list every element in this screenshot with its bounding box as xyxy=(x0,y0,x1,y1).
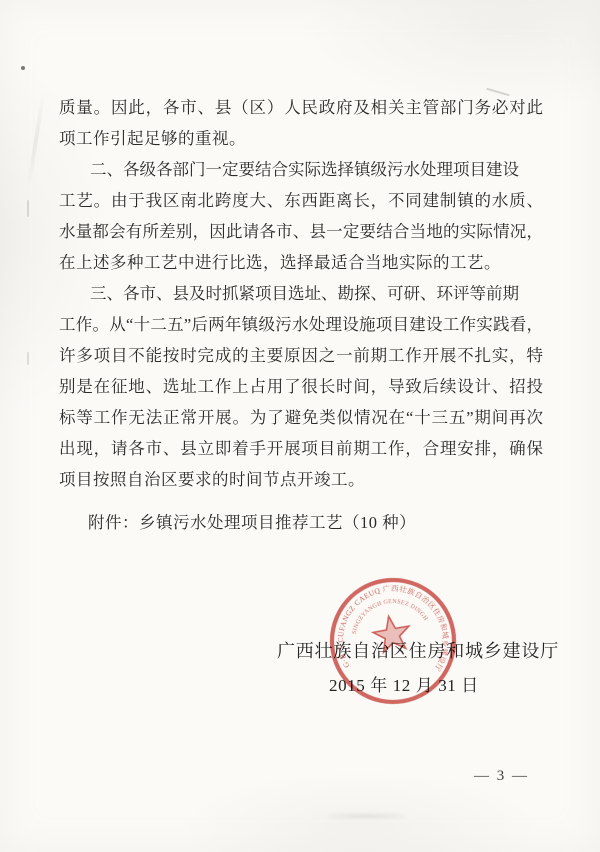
official-red-seal: G·B·S·CUFANGZ CAEUQ 广西壮族自治区住房和城乡建设厅 SING… xyxy=(312,560,474,722)
scanned-document-page: 质量。因此，各市、县（区）人民政府及相关主管部门务必对此项工作引起足够的重视。二… xyxy=(0,0,600,852)
scan-smudge xyxy=(328,813,404,819)
body-text-line: 水量都会有所差别，因此请各市、县一定要结合当地的实际情况， xyxy=(59,216,543,247)
body-text-line: 许多项目不能按时完成的主要原因之一前期工作开展不扎实，特 xyxy=(59,340,543,371)
seal-star-icon xyxy=(371,613,413,653)
scan-edge-mark xyxy=(27,352,29,365)
body-text-line: 出现，请各市、县立即着手开展项目前期工作，合理安排，确保 xyxy=(59,433,543,464)
body-text-line: 三、各市、县及时抓紧项目选址、勘探、可研、环评等前期 xyxy=(59,278,512,309)
body-text-line: 别是在征地、选址工作上占用了很长时间，导致后续设计、招投 xyxy=(59,371,543,402)
attachment-line: 附件：乡镇污水处理项目推荐工艺（10 种） xyxy=(88,507,416,538)
body-text-line: 工艺。由于我区南北跨度大、东西距离长，不同建制镇的水质、 xyxy=(59,185,543,216)
page-number: — 3 — xyxy=(474,768,529,785)
scan-speck xyxy=(21,66,25,70)
body-text-line: 二、各级各部门一定要结合实际选择镇级污水处理项目建设 xyxy=(59,154,512,185)
document-body-text: 质量。因此，各市、县（区）人民政府及相关主管部门务必对此项工作引起足够的重视。二… xyxy=(59,92,543,495)
body-text-line: 标等工作无法正常开展。为了避免类似情况在“十三五”期间再次 xyxy=(59,402,543,433)
scan-streak xyxy=(27,92,46,187)
body-text-line: 工作。从“十二五”后两年镇级污水处理设施项目建设工作实践看， xyxy=(59,309,543,340)
scan-edge-mark xyxy=(27,200,29,217)
body-text-line: 质量。因此，各市、县（区）人民政府及相关主管部门务必对此 xyxy=(59,92,543,123)
body-text-line: 项目按照自治区要求的时间节点开竣工。 xyxy=(59,464,543,495)
body-text-line: 项工作引起足够的重视。 xyxy=(59,123,543,154)
body-text-line: 在上述多种工艺中进行比选，选择最适合当地实际的工艺。 xyxy=(59,247,543,278)
